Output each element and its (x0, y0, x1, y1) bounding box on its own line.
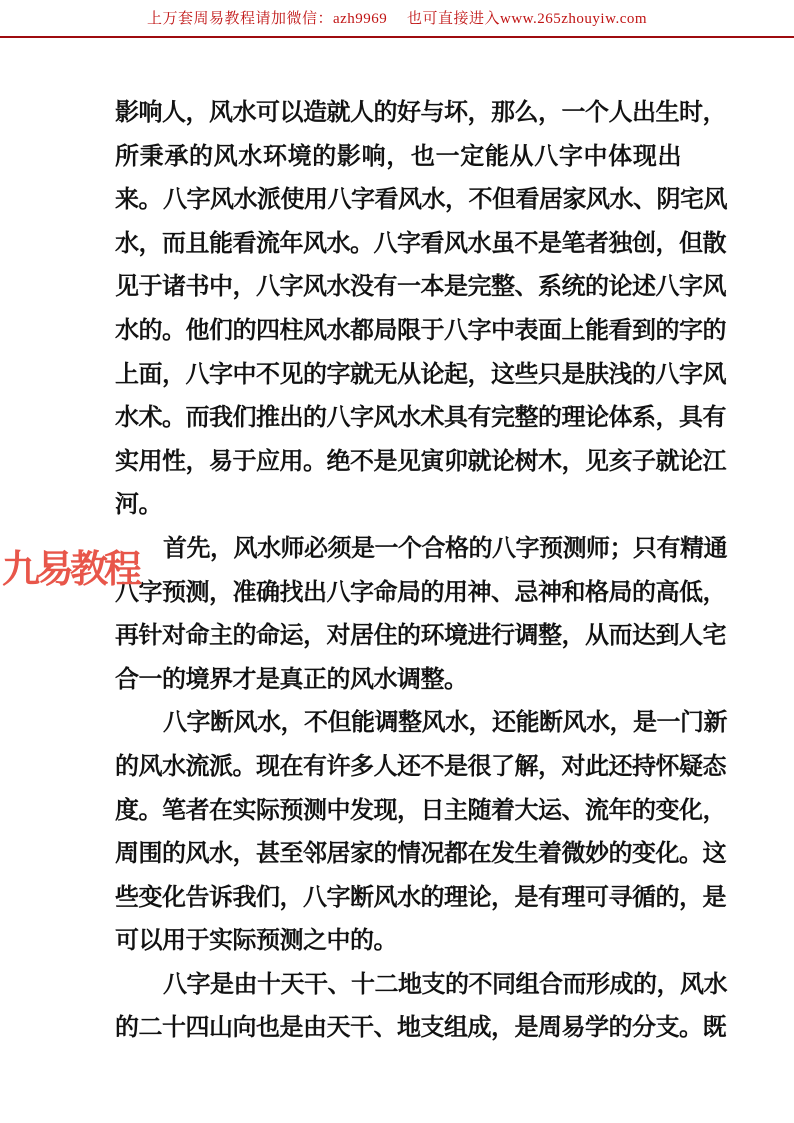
text-line: 八字断风水，不但能调整风水，还能断风水，是一门新 (115, 702, 681, 746)
text-line: 所秉承的风水环境的影响，也一定能从八字中体现出来。 (115, 136, 681, 180)
text-line: 影响人，风水可以造就人的好与坏，那么，一个人出生时， (115, 92, 681, 136)
header-promo-text: 上万套周易教程请加微信：azh9969 也可直接进入www.265zhouyiw… (0, 7, 794, 28)
paragraph: 八字断风水，不但能调整风水，还能断风水，是一门新 的风水流派。现在有许多人还不是… (115, 702, 681, 964)
text-line: 的二十四山向也是由天干、地支组成，是周易学的分支。既 (115, 1007, 681, 1051)
text-line: 实用性，易于应用。绝不是见寅卯就论树木，见亥子就论江 (115, 441, 681, 485)
text-line: 周围的风水，甚至邻居家的情况都在发生着微妙的变化。这 (115, 833, 681, 877)
text-line: 八字预测，准确找出八字命局的用神、忌神和格局的高低， (115, 572, 681, 616)
text-line: 合一的境界才是真正的风水调整。 (115, 659, 681, 703)
text-line: 八字是由十天干、十二地支的不同组合而形成的，风水 (115, 964, 681, 1008)
text-line: 度。笔者在实际预测中发现，日主随着大运、流年的变化， (115, 790, 681, 834)
text-line: 八字风水派使用八字看风水，不但看居家风水、阴宅风 (115, 179, 681, 223)
watermark-jiuyi-jiaocheng: 九易教程 (2, 538, 138, 593)
text-line: 水的。他们的四柱风水都局限于八字中表面上能看到的字的 (115, 310, 681, 354)
paragraph: 影响人，风水可以造就人的好与坏，那么，一个人出生时， 所秉承的风水环境的影响，也… (115, 92, 681, 179)
text-line: 上面，八字中不见的字就无从论起，这些只是肤浅的八字风 (115, 354, 681, 398)
header-divider-rule (0, 36, 794, 38)
text-line: 首先，风水师必须是一个合格的八字预测师；只有精通 (115, 528, 681, 572)
text-line: 可以用于实际预测之中的。 (115, 920, 681, 964)
text-line: 见于诸书中，八字风水没有一本是完整、系统的论述八字风 (115, 266, 681, 310)
text-line: 的风水流派。现在有许多人还不是很了解，对此还持怀疑态 (115, 746, 681, 790)
document-page: 上万套周易教程请加微信：azh9969 也可直接进入www.265zhouyiw… (0, 0, 794, 1123)
text-line: 再针对命主的命运，对居住的环境进行调整，从而达到人宅 (115, 615, 681, 659)
text-line: 水，而且能看流年风水。八字看风水虽不是笔者独创，但散 (115, 223, 681, 267)
text-line: 些变化告诉我们，八字断风水的理论，是有理可寻循的，是 (115, 877, 681, 921)
text-line: 水术。而我们推出的八字风水术具有完整的理论体系，具有 (115, 397, 681, 441)
paragraph: 首先，风水师必须是一个合格的八字预测师；只有精通 八字预测，准确找出八字命局的用… (115, 528, 681, 702)
paragraph: 八字风水派使用八字看风水，不但看居家风水、阴宅风 水，而且能看流年风水。八字看风… (115, 179, 681, 528)
text-line: 河。 (115, 484, 681, 528)
document-body: 影响人，风水可以造就人的好与坏，那么，一个人出生时， 所秉承的风水环境的影响，也… (115, 92, 681, 1051)
paragraph: 八字是由十天干、十二地支的不同组合而形成的，风水 的二十四山向也是由天干、地支组… (115, 964, 681, 1051)
